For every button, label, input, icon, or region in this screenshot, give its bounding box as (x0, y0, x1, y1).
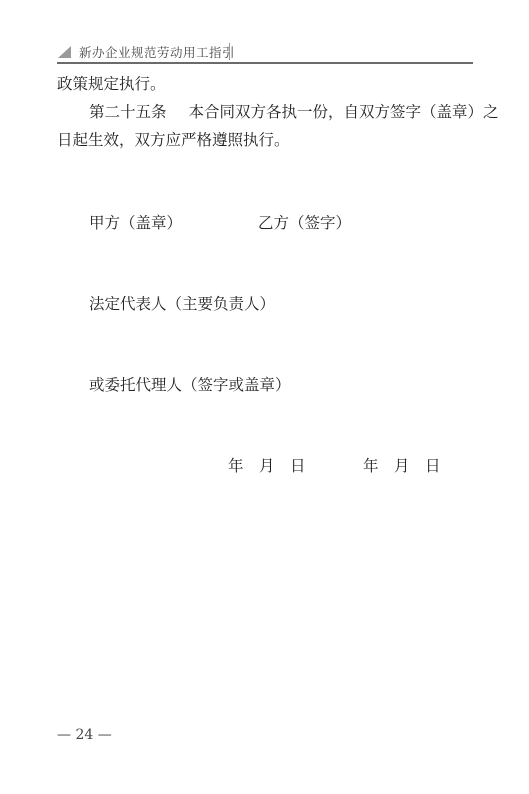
party-a-label: 甲方（盖章） (89, 213, 182, 233)
triangle-corner-icon (58, 46, 71, 58)
article-text: 本合同双方各执一份，自双方签字（盖章）之 (189, 103, 499, 121)
page-number: — 24 — (57, 727, 112, 743)
authorized-agent-label: 或委托代理人（签字或盖章） (89, 375, 291, 395)
article-25-line1: 第二十五条本合同双方各执一份，自双方签字（盖章）之 (89, 102, 499, 122)
header-divider (229, 43, 230, 60)
article-label: 第二十五条 (89, 103, 167, 121)
party-b-label: 乙方（签字） (258, 213, 351, 233)
date-party-a: 年 月 日 (228, 456, 306, 476)
date-party-b: 年 月 日 (363, 456, 441, 476)
book-title: 新办企业规范劳动用工指引 (79, 43, 235, 61)
running-header: 新办企业规范劳动用工指引 (57, 42, 473, 64)
article-25-line2: 日起生效，双方应严格遵照执行。 (57, 130, 290, 150)
continued-text: 政策规定执行。 (57, 74, 166, 94)
legal-representative-label: 法定代表人（主要负责人） (89, 294, 275, 314)
